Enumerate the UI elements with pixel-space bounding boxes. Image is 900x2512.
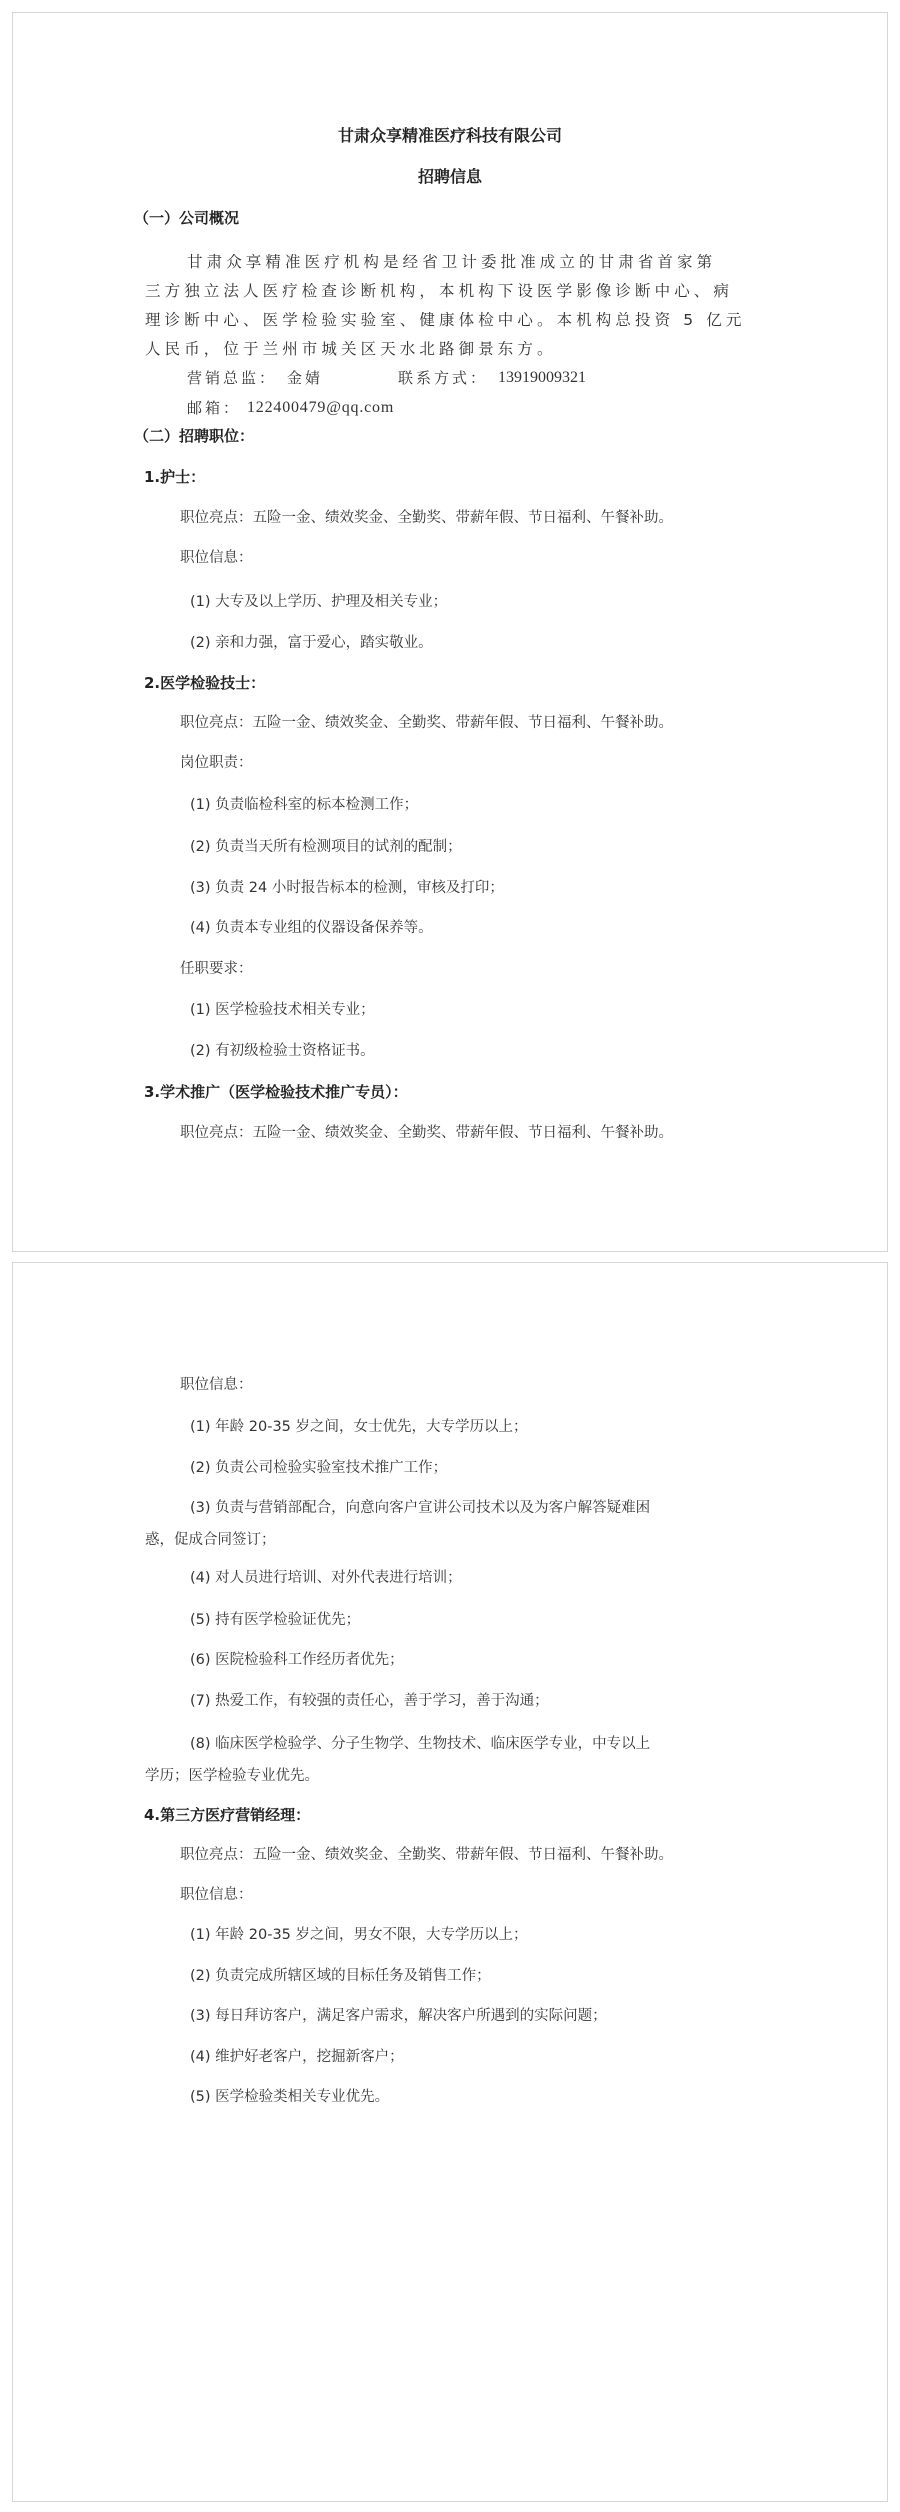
section-heading-company-overview: （一）公司概况	[134, 208, 239, 228]
position-info-item: (1) 年龄 20-35 岁之间，女士优先，大专学历以上；	[190, 1417, 528, 1437]
position-requirement-item: (2) 有初级检验士资格证书。	[190, 1041, 375, 1061]
position-info-item: (1) 年龄 20-35 岁之间，男女不限，大专学历以上；	[190, 1925, 528, 1945]
section-heading-positions: （二）招聘职位：	[134, 426, 254, 446]
position-info-item: (5) 持有医学检验证优先；	[190, 1610, 360, 1630]
position-info-label: 职位信息：	[180, 548, 253, 568]
position-highlights: 职位亮点：五险一金、绩效奖金、全勤奖、带薪年假、节日福利、午餐补助。	[180, 1123, 673, 1143]
position-requirements-label: 任职要求：	[180, 959, 253, 979]
position-info-label: 职位信息：	[180, 1375, 253, 1395]
position-info-label: 职位信息：	[180, 1885, 253, 1905]
phone-number: 13919009321	[498, 368, 586, 388]
overview-line-4: 人民币，位于兰州市城关区天水北路御景东方。	[145, 339, 557, 359]
position-duty-item: (2) 负责当天所有检测项目的试剂的配制；	[190, 837, 462, 857]
director-label: 营销总监：	[187, 368, 277, 388]
company-title: 甘肃众享精准医疗科技有限公司	[0, 126, 900, 146]
position-info-item-continuation: 惑，促成合同签订；	[145, 1530, 276, 1550]
position-duty-item: (3) 负责 24 小时报告标本的检测，审核及打印；	[190, 878, 504, 898]
position-info-item: (6) 医院检验科工作经历者优先；	[190, 1650, 404, 1670]
email-label: 邮箱：	[187, 398, 241, 418]
position-title-lab-technician: 2.医学检验技士：	[144, 673, 265, 693]
position-info-item: (3) 每日拜访客户，满足客户需求，解决客户所遇到的实际问题；	[190, 2006, 607, 2026]
position-highlights: 职位亮点：五险一金、绩效奖金、全勤奖、带薪年假、节日福利、午餐补助。	[180, 1845, 673, 1865]
position-info-item: (5) 医学检验类相关专业优先。	[190, 2087, 389, 2107]
position-info-item: (2) 负责完成所辖区域的目标任务及销售工作；	[190, 1966, 491, 1986]
document-page-2	[12, 1262, 888, 2502]
position-duty-item: (4) 负责本专业组的仪器设备保养等。	[190, 918, 433, 938]
overview-line-2: 三方独立法人医疗检查诊断机构，本机构下设医学影像诊断中心、病	[145, 281, 733, 301]
position-title-marketing-manager: 4.第三方医疗营销经理：	[144, 1805, 310, 1825]
position-title-nurse: 1.护士：	[144, 467, 205, 487]
position-highlights: 职位亮点：五险一金、绩效奖金、全勤奖、带薪年假、节日福利、午餐补助。	[180, 508, 673, 528]
position-info-item: (2) 亲和力强，富于爱心，踏实敬业。	[190, 633, 433, 653]
position-info-item: (1) 大专及以上学历、护理及相关专业；	[190, 592, 447, 612]
position-info-item: (4) 维护好老客户，挖掘新客户；	[190, 2047, 404, 2067]
position-duty-item: (1) 负责临检科室的标本检测工作；	[190, 795, 418, 815]
email-address: 122400479@qq.com	[247, 398, 394, 418]
position-info-item-continuation: 学历；医学检验专业优先。	[145, 1766, 319, 1786]
position-duties-label: 岗位职责：	[180, 753, 253, 773]
position-highlights: 职位亮点：五险一金、绩效奖金、全勤奖、带薪年假、节日福利、午餐补助。	[180, 713, 673, 733]
position-requirement-item: (1) 医学检验技术相关专业；	[190, 1000, 375, 1020]
position-info-item: (7) 热爱工作，有较强的责任心，善于学习，善于沟通；	[190, 1691, 549, 1711]
position-info-item: (4) 对人员进行培训、对外代表进行培训；	[190, 1568, 462, 1588]
position-info-item: (2) 负责公司检验实验室技术推广工作；	[190, 1458, 447, 1478]
phone-label: 联系方式：	[398, 368, 488, 388]
document-page-1	[12, 12, 888, 1252]
position-info-item: (8) 临床医学检验学、分子生物学、生物技术、临床医学专业，中专以上	[190, 1734, 650, 1754]
position-info-item: (3) 负责与营销部配合，向意向客户宣讲公司技术以及为客户解答疑难困	[190, 1498, 650, 1518]
overview-line-1: 甘肃众享精准医疗机构是经省卫计委批准成立的甘肃省首家第	[187, 252, 716, 272]
document-subtitle: 招聘信息	[0, 167, 900, 187]
overview-line-3: 理诊断中心、医学检验实验室、健康体检中心。本机构总投资 5 亿元	[145, 310, 745, 330]
position-title-academic-promotion: 3.学术推广（医学检验技术推广专员）：	[144, 1082, 408, 1102]
director-name: 金婧	[287, 368, 323, 388]
